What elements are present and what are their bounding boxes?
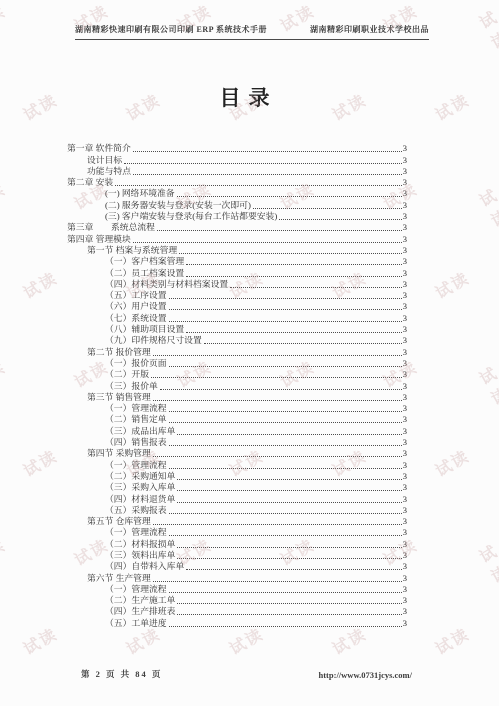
- watermark-text: 试读: [19, 266, 62, 304]
- toc-page-number: 3: [403, 381, 407, 392]
- toc-page-number: 3: [403, 606, 407, 617]
- toc-page-number: 3: [403, 539, 407, 550]
- toc-leader-dots: [133, 242, 402, 243]
- toc-leader-dots: [177, 196, 402, 197]
- toc-page-number: 3: [403, 618, 407, 629]
- toc-entry: （一）报价页面3: [67, 358, 407, 369]
- toc-entry: 第四章 管理模块3: [67, 233, 407, 244]
- toc-entry: （一）管理流程3: [67, 527, 407, 538]
- toc-page-number: 3: [403, 256, 407, 267]
- toc-leader-dots: [169, 535, 402, 536]
- watermark-text: 试读: [0, 533, 9, 571]
- toc-entry: （二）开版3: [67, 369, 407, 380]
- toc-leader-dots: [169, 298, 402, 299]
- toc-list: 第一章 软件简介3设计目标3功能与特点3第二章 安装3(一) 网络环境准备3(二…: [67, 143, 407, 629]
- toc-page-number: 3: [403, 573, 407, 584]
- toc-entry: （二）采购通知单3: [67, 471, 407, 482]
- toc-leader-dots: [177, 614, 401, 615]
- toc-entry-label: （二）销售定单: [105, 414, 167, 425]
- toc-entry: （二）员工档案设置3: [67, 267, 407, 278]
- watermark-text: 试读: [19, 444, 62, 482]
- toc-page-number: 3: [403, 268, 407, 279]
- toc-leader-dots: [153, 400, 402, 401]
- toc-entry: （四）自带料入库单3: [67, 561, 407, 572]
- toc-entry-label: 第二节 报价管理: [87, 347, 151, 358]
- toc-entry-label: （四）销售报表: [105, 437, 167, 448]
- toc-entry-label: 第一节 档案与系统管理: [87, 245, 177, 256]
- watermark-text: 试读: [475, 361, 499, 410]
- toc-entry-label: 第四节 采购管理: [87, 448, 151, 459]
- toc-leader-dots: [153, 524, 402, 525]
- toc-entry: （四）销售报表3: [67, 437, 407, 448]
- toc-page-number: 3: [403, 166, 407, 177]
- toc-page-number: 3: [403, 414, 407, 425]
- toc-entry-label: （一）管理流程: [105, 584, 167, 595]
- toc-entry-label: （四）自带料入库单: [105, 561, 184, 572]
- toc-entry: （四）生产排班表3: [67, 606, 407, 617]
- toc-entry-label: （三）报价单: [105, 381, 158, 392]
- toc-entry: （三）成品出库单3: [67, 425, 407, 436]
- toc-leader-dots: [177, 434, 401, 435]
- toc-entry-label: （二）采购通知单: [105, 471, 175, 482]
- watermark-text: 试读: [475, 183, 499, 232]
- footer-url: http://www.0731jcys.com/: [319, 670, 413, 680]
- toc-page-number: 3: [403, 143, 407, 154]
- toc-page-number: 3: [403, 301, 407, 312]
- toc-leader-dots: [169, 445, 402, 446]
- toc-page-number: 3: [403, 335, 407, 346]
- toc-leader-dots: [186, 569, 401, 570]
- toc-leader-dots: [169, 411, 402, 412]
- toc-entry: （三）采购入库单3: [67, 482, 407, 493]
- toc-leader-dots: [115, 185, 401, 186]
- toc-entry-label: 功能与特点: [87, 166, 131, 177]
- toc-entry-label: （三）成品出库单: [105, 426, 175, 437]
- header-right-text: 湖南精彩印刷职业技术学校出品: [310, 24, 429, 35]
- toc-entry: 第一章 软件简介3: [67, 143, 407, 154]
- toc-page-number: 3: [403, 279, 407, 290]
- toc-leader-dots: [186, 332, 401, 333]
- toc-page-number: 3: [403, 448, 407, 459]
- toc-page-number: 3: [403, 403, 407, 414]
- toc-leader-dots: [151, 377, 402, 378]
- toc-entry: （三）报价单3: [67, 380, 407, 391]
- toc-entry: （九）印件规格尺寸设置3: [67, 335, 407, 346]
- toc-entry-label: （一）报价页面: [105, 358, 167, 369]
- toc-entry-label: 第五节 仓库管理: [87, 516, 151, 527]
- toc-page-number: 3: [403, 550, 407, 561]
- toc-entry-label: （一）管理流程: [105, 527, 167, 538]
- toc-entry-label: （二）生产施工单: [105, 595, 175, 606]
- toc-entry-label: （五）工序设置: [105, 290, 167, 301]
- watermark-text: 试读: [0, 355, 9, 393]
- toc-entry: 设计目标3: [67, 154, 407, 165]
- toc-entry-label: (三) 客户端安装与登录(每台工作站都要安装): [105, 211, 277, 222]
- toc-entry: （三）领料出库单3: [67, 550, 407, 561]
- toc-leader-dots: [153, 456, 402, 457]
- document-page: 湖南精彩快速印刷有限公司印刷 ERP 系统技术手册 湖南精彩印刷职业技术学校出品…: [0, 0, 499, 706]
- toc-page-number: 3: [403, 460, 407, 471]
- toc-entry-label: （一）管理流程: [105, 460, 167, 471]
- toc-leader-dots: [169, 592, 402, 593]
- toc-page-number: 3: [403, 494, 407, 505]
- toc-page-number: 3: [403, 347, 407, 358]
- watermark-text: 试读: [0, 0, 9, 36]
- toc-leader-dots: [169, 513, 402, 514]
- toc-entry-label: （二）员工档案设置: [105, 268, 184, 279]
- toc-leader-dots: [153, 581, 402, 582]
- toc-leader-dots: [179, 253, 401, 254]
- toc-entry-label: （五）工单进度: [105, 618, 167, 629]
- toc-leader-dots: [153, 355, 402, 356]
- toc-leader-dots: [169, 468, 402, 469]
- toc-page-number: 3: [403, 426, 407, 437]
- toc-entry-label: （六）用户设置: [105, 301, 167, 312]
- toc-page-number: 3: [403, 392, 407, 403]
- toc-entry: 第五节 仓库管理3: [67, 516, 407, 527]
- toc-leader-dots: [186, 264, 401, 265]
- toc-entry-label: 设计目标: [87, 155, 122, 166]
- toc-leader-dots: [157, 230, 402, 231]
- toc-entry-label: （四）材料类别与材料档案设置: [105, 279, 228, 290]
- toc-entry: (二) 服务器安装与登录(安装一次即可)3: [67, 199, 407, 210]
- watermark-text: 试读: [19, 622, 62, 660]
- toc-page-number: 3: [403, 324, 407, 335]
- toc-leader-dots: [169, 309, 402, 310]
- toc-entry: （四）材料类别与材料档案设置3: [67, 279, 407, 290]
- toc-entry: （六）用户设置3: [67, 301, 407, 312]
- toc-page-number: 3: [403, 595, 407, 606]
- toc-leader-dots: [204, 343, 402, 344]
- toc-entry: （四）材料退货单3: [67, 493, 407, 504]
- toc-entry: 第二节 报价管理3: [67, 346, 407, 357]
- toc-page-number: 3: [403, 290, 407, 301]
- toc-entry-label: （三）领料出库单: [105, 550, 175, 561]
- toc-entry-label: （五）采购报表: [105, 505, 167, 516]
- toc-entry: （五）工单进度3: [67, 617, 407, 628]
- toc-page-number: 3: [403, 369, 407, 380]
- toc-page-number: 3: [403, 505, 407, 516]
- toc-entry-label: (一) 网络环境准备: [105, 188, 175, 199]
- toc-entry-label: 第四章 管理模块: [67, 234, 131, 245]
- toc-entry: （五）工序设置3: [67, 290, 407, 301]
- toc-entry-label: (二) 服务器安装与登录(安装一次即可): [105, 200, 251, 211]
- toc-leader-dots: [169, 422, 402, 423]
- toc-entry-label: 第六节 生产管理: [87, 573, 151, 584]
- toc-entry: （一）管理流程3: [67, 584, 407, 595]
- toc-entry: 第一节 档案与系统管理3: [67, 245, 407, 256]
- toc-page-number: 3: [403, 561, 407, 572]
- toc-entry: （一）管理流程3: [67, 403, 407, 414]
- toc-page-number: 3: [403, 313, 407, 324]
- page-header: 湖南精彩快速印刷有限公司印刷 ERP 系统技术手册 湖南精彩印刷职业技术学校出品: [75, 24, 429, 40]
- toc-entry-label: （一）客户档案管理: [105, 256, 184, 267]
- watermark-text: 试读: [431, 444, 474, 482]
- footer-page-info: 第 2 页 共 84 页: [81, 668, 162, 680]
- toc-leader-dots: [253, 208, 402, 209]
- toc-entry-label: （二）开版: [105, 369, 149, 380]
- toc-page-number: 3: [403, 222, 407, 233]
- watermark-text: 试读: [475, 539, 499, 588]
- header-left-text: 湖南精彩快速印刷有限公司印刷 ERP 系统技术手册: [75, 24, 267, 35]
- toc-entry-label: （一）管理流程: [105, 403, 167, 414]
- toc-leader-dots: [160, 389, 402, 390]
- toc-entry: （五）采购报表3: [67, 505, 407, 516]
- toc-page-number: 3: [403, 527, 407, 538]
- toc-leader-dots: [177, 479, 401, 480]
- toc-entry: (三) 客户端安装与登录(每台工作站都要安装)3: [67, 211, 407, 222]
- toc-leader-dots: [169, 626, 402, 627]
- toc-entry-label: （三）采购入库单: [105, 482, 175, 493]
- toc-leader-dots: [279, 219, 401, 220]
- toc-entry-label: （二）材料报损单: [105, 539, 175, 550]
- toc-leader-dots: [230, 287, 401, 288]
- toc-leader-dots: [124, 163, 401, 164]
- toc-leader-dots: [169, 321, 402, 322]
- toc-page-number: 3: [403, 482, 407, 493]
- toc-page-number: 3: [403, 155, 407, 166]
- toc-leader-dots: [133, 174, 402, 175]
- toc-entry: 第六节 生产管理3: [67, 572, 407, 583]
- watermark-text: 试读: [475, 5, 499, 54]
- toc-entry: 功能与特点3: [67, 166, 407, 177]
- toc-page-number: 3: [403, 358, 407, 369]
- toc-page-number: 3: [403, 200, 407, 211]
- toc-entry-label: 第一章 软件简介: [67, 143, 131, 154]
- toc-page-number: 3: [403, 211, 407, 222]
- toc-entry-label: （四）生产排班表: [105, 606, 175, 617]
- toc-leader-dots: [186, 276, 401, 277]
- toc-entry: (一) 网络环境准备3: [67, 188, 407, 199]
- toc-entry: （一）管理流程3: [67, 459, 407, 470]
- toc-entry-label: （九）印件规格尺寸设置: [105, 335, 202, 346]
- toc-entry-label: （八）辅助项目设置: [105, 324, 184, 335]
- toc-leader-dots: [177, 603, 401, 604]
- toc-page-number: 3: [403, 516, 407, 527]
- watermark-text: 试读: [0, 177, 9, 215]
- toc-entry-label: 第二章 安装: [67, 177, 113, 188]
- toc-entry: 第三节 销售管理3: [67, 392, 407, 403]
- toc-entry-label: （七）系统设置: [105, 313, 167, 324]
- toc-page-number: 3: [403, 188, 407, 199]
- toc-entry: （二）材料报损单3: [67, 538, 407, 549]
- toc-leader-dots: [177, 502, 401, 503]
- toc-entry: 第二章 安装3: [67, 177, 407, 188]
- watermark-text: 试读: [431, 266, 474, 304]
- toc-entry: （一）客户档案管理3: [67, 256, 407, 267]
- toc-entry: 第三章 系统总流程3: [67, 222, 407, 233]
- toc-title: 目录: [0, 82, 489, 112]
- toc-page-number: 3: [403, 245, 407, 256]
- toc-leader-dots: [169, 366, 402, 367]
- toc-page-number: 3: [403, 437, 407, 448]
- toc-entry: （七）系统设置3: [67, 312, 407, 323]
- toc-entry: 第四节 采购管理3: [67, 448, 407, 459]
- toc-entry: （二）生产施工单3: [67, 595, 407, 606]
- toc-leader-dots: [177, 490, 401, 491]
- toc-leader-dots: [133, 151, 402, 152]
- toc-page-number: 3: [403, 584, 407, 595]
- toc-page-number: 3: [403, 177, 407, 188]
- toc-leader-dots: [177, 558, 401, 559]
- toc-entry: （八）辅助项目设置3: [67, 324, 407, 335]
- toc-leader-dots: [177, 547, 401, 548]
- toc-entry-label: 第三章 系统总流程: [67, 222, 155, 233]
- toc-entry-label: 第三节 销售管理: [87, 392, 151, 403]
- watermark-text: 试读: [431, 622, 474, 660]
- toc-page-number: 3: [403, 234, 407, 245]
- toc-page-number: 3: [403, 471, 407, 482]
- toc-entry: （二）销售定单3: [67, 414, 407, 425]
- toc-entry-label: （四）材料退货单: [105, 494, 175, 505]
